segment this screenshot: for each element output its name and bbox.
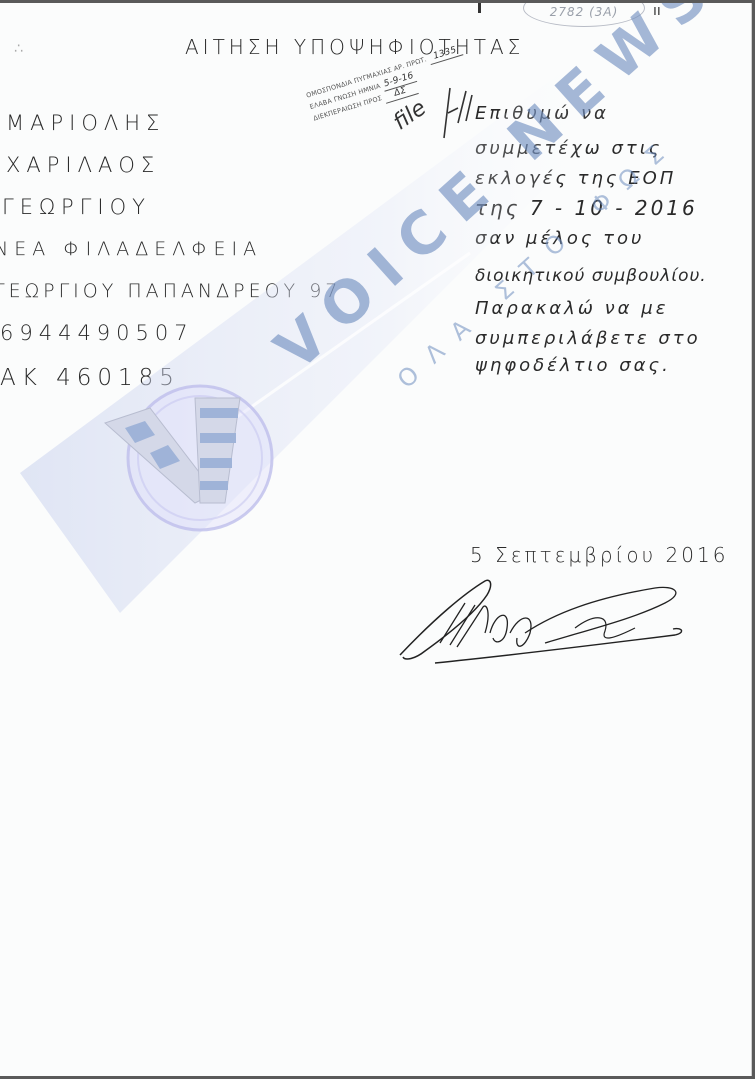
applicant-phone: 6944490507 <box>0 321 194 345</box>
applicant-father-name: ΓΕΩΡΓΙΟΥ <box>2 195 151 219</box>
document-title: ΑΙΤΗΣΗ ΥΠΟΨΗΦΙΟΤΗΤΑΣ <box>185 35 524 59</box>
applicant-area: ΝΕΑ ΦΙΛΑΔΕΛΦΕΙΑ <box>0 238 262 260</box>
applicant-address: ΓΕΩΡΓΙΟΥ ΠΑΠΑΝΔΡΕΟΥ 97 <box>0 280 341 302</box>
watermark-brand: VOICE NEWS <box>262 3 732 384</box>
scan-speckle: ∴ <box>14 41 23 57</box>
applicant-surname: ΜΑΡΙΟΛΗΣ <box>6 111 165 135</box>
signature-date: 5 Σεπτεμβρίου 2016 <box>470 543 728 567</box>
applicant-first-name: ΧΑΡΙΛΑΟΣ <box>6 153 160 177</box>
request-line: συμπεριλάβετε στο <box>475 328 701 349</box>
scanned-document-page: ∴ 2782 (3A) ıı ΑΙΤΗΣΗ ΥΠΟΨΗΦΙΟΤΗΤΑΣ ΜΑΡΙ… <box>0 3 752 1076</box>
stamp-note: file <box>389 96 431 136</box>
applicant-id-number: ΑΚ 460185 <box>0 365 180 391</box>
request-line: ψηφοδέλτιο σας. <box>475 355 671 376</box>
handwritten-signature <box>395 573 695 673</box>
reference-number: 2782 (3A) <box>550 5 619 19</box>
top-mark <box>478 3 481 13</box>
initials-mark <box>436 83 476 143</box>
